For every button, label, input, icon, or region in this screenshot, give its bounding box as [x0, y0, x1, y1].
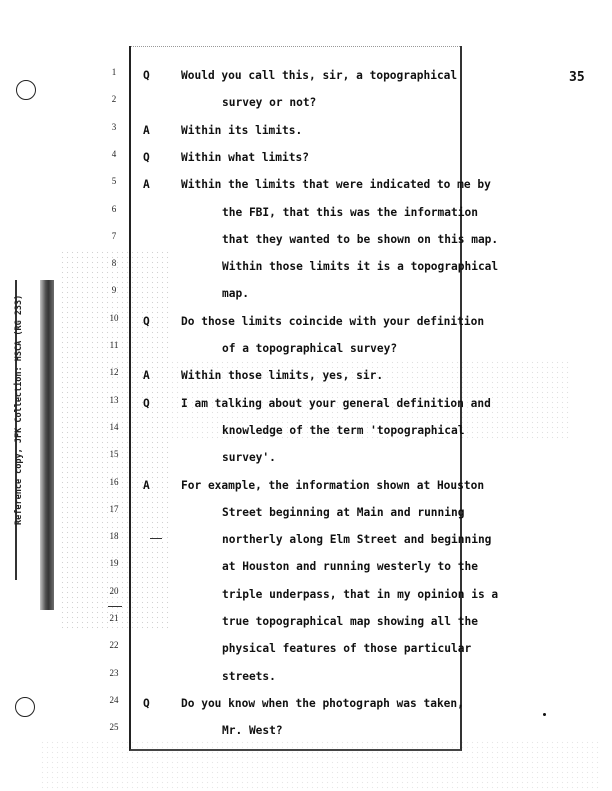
testimony-text: Within those limits it is a topographica…: [222, 260, 498, 273]
transcript-line: map.: [0, 287, 612, 307]
speaker-label: Q: [143, 315, 150, 328]
testimony-text: Within its limits.: [181, 124, 302, 137]
transcript-line: Street beginning at Main and running: [0, 506, 612, 526]
testimony-text: at Houston and running westerly to the: [222, 560, 478, 573]
testimony-text: Within what limits?: [181, 151, 309, 164]
transcript-line: AWithin the limits that were indicated t…: [0, 178, 612, 198]
speaker-label: A: [143, 369, 150, 382]
margin-mark: [150, 538, 162, 539]
transcript-line: physical features of those particular: [0, 642, 612, 662]
testimony-text: that they wanted to be shown on this map…: [222, 233, 498, 246]
transcript-line: Within those limits it is a topographica…: [0, 260, 612, 280]
testimony-text: Would you call this, sir, a topographica…: [181, 69, 457, 82]
transcript-line: QI am talking about your general definit…: [0, 397, 612, 417]
transcript-line: QWould you call this, sir, a topographic…: [0, 69, 612, 89]
testimony-text: map.: [222, 287, 249, 300]
speaker-label: Q: [143, 697, 150, 710]
speaker-label: Q: [143, 151, 150, 164]
transcript-line: AWithin those limits, yes, sir.: [0, 369, 612, 389]
speaker-label: Q: [143, 397, 150, 410]
speaker-label: A: [143, 479, 150, 492]
transcript-line: of a topographical survey?: [0, 342, 612, 362]
testimony-text: the FBI, that this was the information: [222, 206, 478, 219]
line-mark: [108, 606, 122, 607]
transcript-line: at Houston and running westerly to the: [0, 560, 612, 580]
testimony-text: triple underpass, that in my opinion is …: [222, 588, 498, 601]
testimony-text: northerly along Elm Street and beginning: [222, 533, 491, 546]
speaker-label: A: [143, 124, 150, 137]
testimony-text: Within those limits, yes, sir.: [181, 369, 383, 382]
transcript-page: Reference copy, JFK Collection: HSCA (RG…: [0, 0, 612, 791]
testimony-text: true topographical map showing all the: [222, 615, 478, 628]
testimony-text: I am talking about your general definiti…: [181, 397, 491, 410]
transcript-line: survey or not?: [0, 96, 612, 116]
testimony-text: survey'.: [222, 451, 276, 464]
transcript-line: AWithin its limits.: [0, 124, 612, 144]
speaker-label: A: [143, 178, 150, 191]
transcript-line: streets.: [0, 670, 612, 690]
transcript-line: the FBI, that this was the information: [0, 206, 612, 226]
testimony-text: Do you know when the photograph was take…: [181, 697, 464, 710]
transcript-line: northerly along Elm Street and beginning: [0, 533, 612, 553]
transcript-line: QWithin what limits?: [0, 151, 612, 171]
testimony-text: streets.: [222, 670, 276, 683]
testimony-text: of a topographical survey?: [222, 342, 397, 355]
transcript-line: true topographical map showing all the: [0, 615, 612, 635]
testimony-text: physical features of those particular: [222, 642, 471, 655]
transcript-line: AFor example, the information shown at H…: [0, 479, 612, 499]
testimony-text: Mr. West?: [222, 724, 283, 737]
stray-dot: [543, 713, 546, 716]
transcript-line: Mr. West?: [0, 724, 612, 744]
transcript-line: survey'.: [0, 451, 612, 471]
testimony-text: For example, the information shown at Ho…: [181, 479, 484, 492]
transcript-line: QDo those limits coincide with your defi…: [0, 315, 612, 335]
transcript-line: triple underpass, that in my opinion is …: [0, 588, 612, 608]
transcript-line: that they wanted to be shown on this map…: [0, 233, 612, 253]
testimony-text: Street beginning at Main and running: [222, 506, 464, 519]
testimony-text: survey or not?: [222, 96, 316, 109]
testimony-text: knowledge of the term 'topographical: [222, 424, 464, 437]
testimony-text: Within the limits that were indicated to…: [181, 178, 491, 191]
testimony-text: Do those limits coincide with your defin…: [181, 315, 484, 328]
transcript-line: QDo you know when the photograph was tak…: [0, 697, 612, 717]
transcript-line: knowledge of the term 'topographical: [0, 424, 612, 444]
speaker-label: Q: [143, 69, 150, 82]
